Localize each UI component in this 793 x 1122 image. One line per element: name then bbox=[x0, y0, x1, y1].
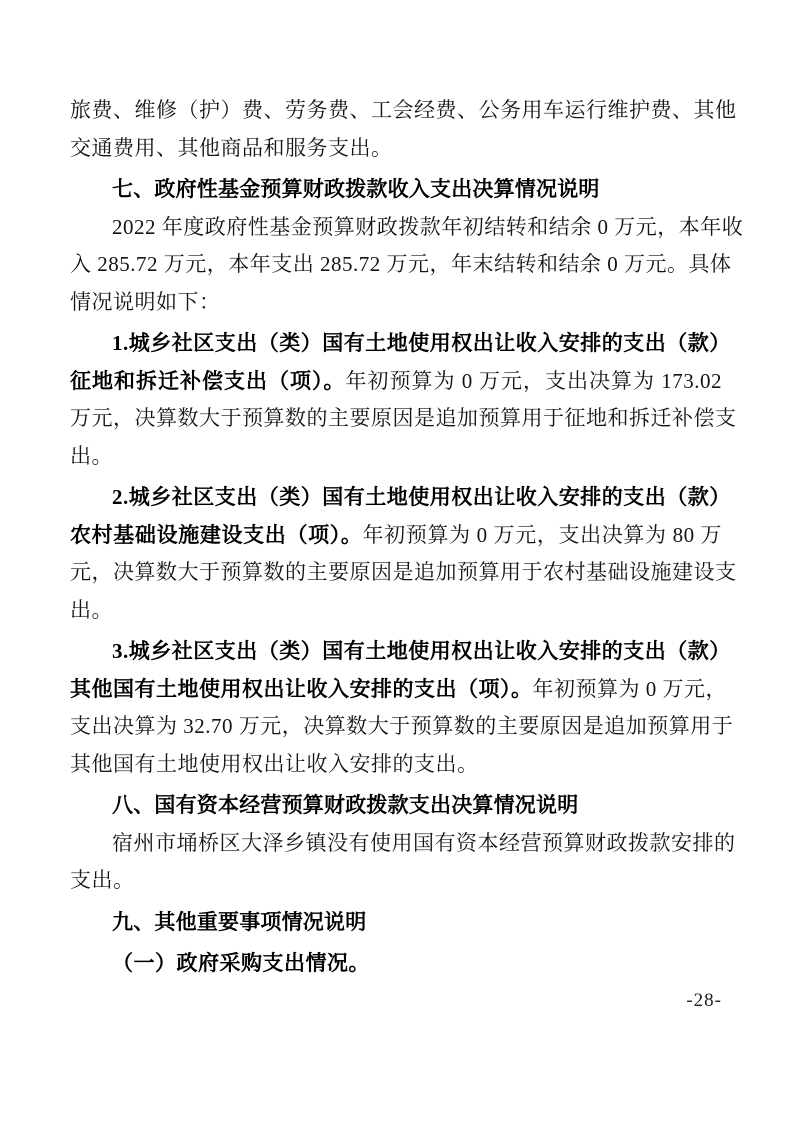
text-segment: 出。 bbox=[70, 444, 113, 468]
body-line: 支出。 bbox=[70, 862, 722, 900]
text-segment: 入 285.72 万元，本年支出 285.72 万元，年末结转和结余 0 万元。… bbox=[70, 252, 732, 276]
text-segment: 3.城乡社区支出（类）国有土地使用权出让收入安排的支出（款） bbox=[112, 639, 731, 663]
section-heading-9: 九、其他重要事项情况说明 bbox=[70, 904, 722, 942]
body-line: 情况说明如下： bbox=[70, 284, 722, 322]
page-number: -28- bbox=[686, 990, 722, 1012]
section-heading-8: 八、国有资本经营预算财政拨款支出决算情况说明 bbox=[70, 787, 722, 825]
text-segment: 农村基础设施建设支出（项）。 bbox=[70, 523, 363, 547]
text-segment: 2022 年度政府性基金预算财政拨款年初结转和结余 0 万元，本年收 bbox=[112, 215, 743, 239]
text-segment: 七、政府性基金预算财政拨款收入支出决算情况说明 bbox=[112, 178, 600, 201]
body-line: 宿州市埇桥区大泽乡镇没有使用国有资本经营预算财政拨款安排的 bbox=[70, 825, 722, 863]
text-segment: 元，决算数大于预算数的主要原因是追加预算用于农村基础设施建设支 bbox=[70, 560, 737, 584]
text-segment: 支出决算为 32.70 万元，决算数大于预算数的主要原因是追加预算用于 bbox=[70, 714, 733, 738]
item-2-line: 元，决算数大于预算数的主要原因是追加预算用于农村基础设施建设支 bbox=[70, 554, 722, 592]
document-page: 旅费、维修（护）费、劳务费、工会经费、公务用车运行维护费、其他交通费用、其他商品… bbox=[0, 0, 793, 1122]
text-segment: 年初预算为 0 万元，支出决算为 173.02 bbox=[346, 369, 723, 393]
item-1-line: 1.城乡社区支出（类）国有土地使用权出让收入安排的支出（款） bbox=[70, 325, 722, 363]
text-segment: 万元，决算数大于预算数的主要原因是追加预算用于征地和拆迁补偿支 bbox=[70, 406, 737, 430]
subsection-heading-1: （一）政府采购支出情况。 bbox=[70, 945, 722, 983]
text-segment: 年初预算为 0 万元， bbox=[533, 677, 728, 701]
body-line: 旅费、维修（护）费、劳务费、工会经费、公务用车运行维护费、其他 bbox=[70, 92, 722, 130]
text-segment: 其他国有土地使用权出让收入安排的支出。 bbox=[70, 752, 479, 776]
text-segment: 旅费、维修（护）费、劳务费、工会经费、公务用车运行维护费、其他 bbox=[70, 98, 737, 122]
body-line: 2022 年度政府性基金预算财政拨款年初结转和结余 0 万元，本年收 bbox=[70, 209, 722, 247]
text-segment: 出。 bbox=[70, 598, 113, 622]
item-1-line: 出。 bbox=[70, 438, 722, 476]
item-3-line: 3.城乡社区支出（类）国有土地使用权出让收入安排的支出（款） bbox=[70, 633, 722, 671]
text-segment: 交通费用、其他商品和服务支出。 bbox=[70, 136, 393, 160]
item-3-line: 其他国有土地使用权出让收入安排的支出（项）。年初预算为 0 万元， bbox=[70, 671, 722, 709]
document-body: 旅费、维修（护）费、劳务费、工会经费、公务用车运行维护费、其他交通费用、其他商品… bbox=[70, 92, 722, 983]
item-2-line: 出。 bbox=[70, 592, 722, 630]
text-segment: 其他国有土地使用权出让收入安排的支出（项）。 bbox=[70, 677, 533, 701]
section-heading-7: 七、政府性基金预算财政拨款收入支出决算情况说明 bbox=[70, 171, 722, 209]
text-segment: 八、国有资本经营预算财政拨款支出决算情况说明 bbox=[112, 794, 578, 817]
body-line: 交通费用、其他商品和服务支出。 bbox=[70, 130, 722, 168]
item-3-line: 其他国有土地使用权出让收入安排的支出。 bbox=[70, 746, 722, 784]
text-segment: 征地和拆迁补偿支出（项）。 bbox=[70, 369, 346, 393]
text-segment: 1.城乡社区支出（类）国有土地使用权出让收入安排的支出（款） bbox=[112, 331, 731, 355]
item-1-line: 征地和拆迁补偿支出（项）。年初预算为 0 万元，支出决算为 173.02 bbox=[70, 363, 722, 401]
text-segment: 年初预算为 0 万元，支出决算为 80 万 bbox=[363, 523, 722, 547]
text-segment: 情况说明如下： bbox=[70, 290, 221, 314]
item-2-line: 农村基础设施建设支出（项）。年初预算为 0 万元，支出决算为 80 万 bbox=[70, 517, 722, 555]
text-segment: （一）政府采购支出情况。 bbox=[112, 951, 370, 975]
item-2-line: 2.城乡社区支出（类）国有土地使用权出让收入安排的支出（款） bbox=[70, 479, 722, 517]
text-segment: 支出。 bbox=[70, 868, 135, 892]
body-line: 入 285.72 万元，本年支出 285.72 万元，年末结转和结余 0 万元。… bbox=[70, 246, 722, 284]
text-segment: 宿州市埇桥区大泽乡镇没有使用国有资本经营预算财政拨款安排的 bbox=[112, 831, 736, 855]
text-segment: 2.城乡社区支出（类）国有土地使用权出让收入安排的支出（款） bbox=[112, 485, 731, 509]
item-1-line: 万元，决算数大于预算数的主要原因是追加预算用于征地和拆迁补偿支 bbox=[70, 400, 722, 438]
text-segment: 九、其他重要事项情况说明 bbox=[112, 911, 366, 934]
item-3-line: 支出决算为 32.70 万元，决算数大于预算数的主要原因是追加预算用于 bbox=[70, 708, 722, 746]
